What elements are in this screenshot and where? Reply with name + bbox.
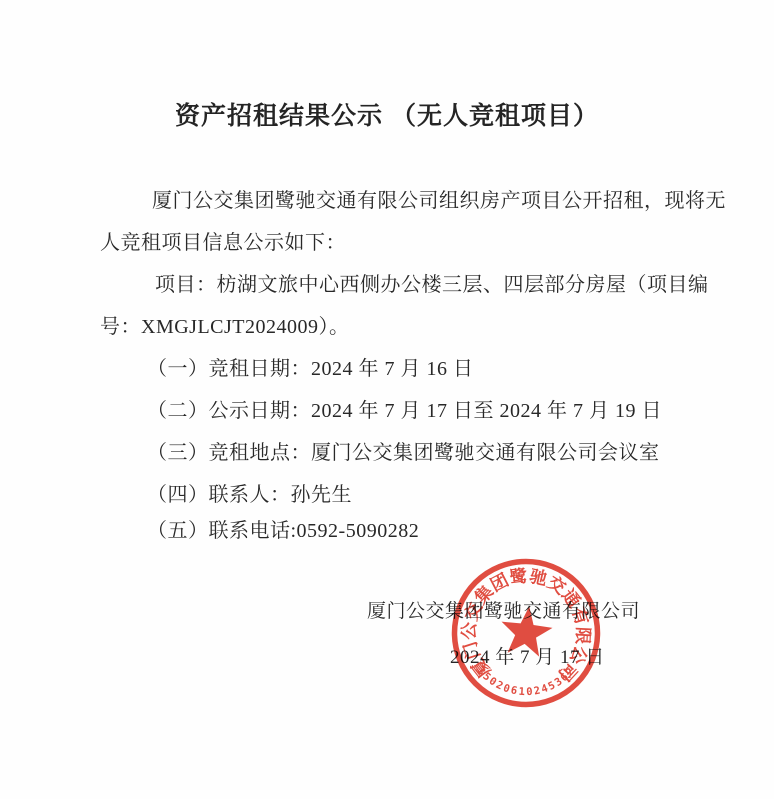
body-paragraph2-line1: 项目：枋湖文旅中心西侧办公楼三层、四层部分房屋（项目编 (155, 273, 709, 297)
announcement-item-phone: （五）联系电话:0592-5090282 (147, 519, 419, 543)
announcement-item-bid-date: （一）竞租日期：2024 年 7 月 16 日 (147, 357, 474, 381)
document-page: 资产招租结果公示 （无人竞租项目） 厦门公交集团鹭驰交通有限公司组织房产项目公开… (0, 0, 774, 799)
body-paragraph1-line2: 人竞租项目信息公示如下： (100, 231, 346, 255)
announcement-item-contact: （四）联系人：孙先生 (147, 483, 352, 507)
seal-ring (455, 562, 598, 705)
signature-company: 厦门公交集团鹭驰交通有限公司 (367, 600, 640, 624)
announcement-item-location: （三）竞租地点：厦门公交集团鹭驰交通有限公司会议室 (147, 441, 660, 465)
body-paragraph1-line1: 厦门公交集团鹭驰交通有限公司组织房产项目公开招租，现将无 (152, 189, 726, 213)
page-title: 资产招租结果公示 （无人竞租项目） (0, 96, 774, 132)
signature-date: 2024 年 7 月 17 日 (450, 646, 605, 670)
official-seal: 厦门公交集团鹭驰交通有限公司 35020610245362 (449, 556, 603, 710)
announcement-item-notice-date: （二）公示日期：2024 年 7 月 17 日至 2024 年 7 月 19 日 (147, 399, 662, 423)
body-paragraph2-line2: 号：XMGJLCJT2024009）。 (100, 315, 350, 339)
